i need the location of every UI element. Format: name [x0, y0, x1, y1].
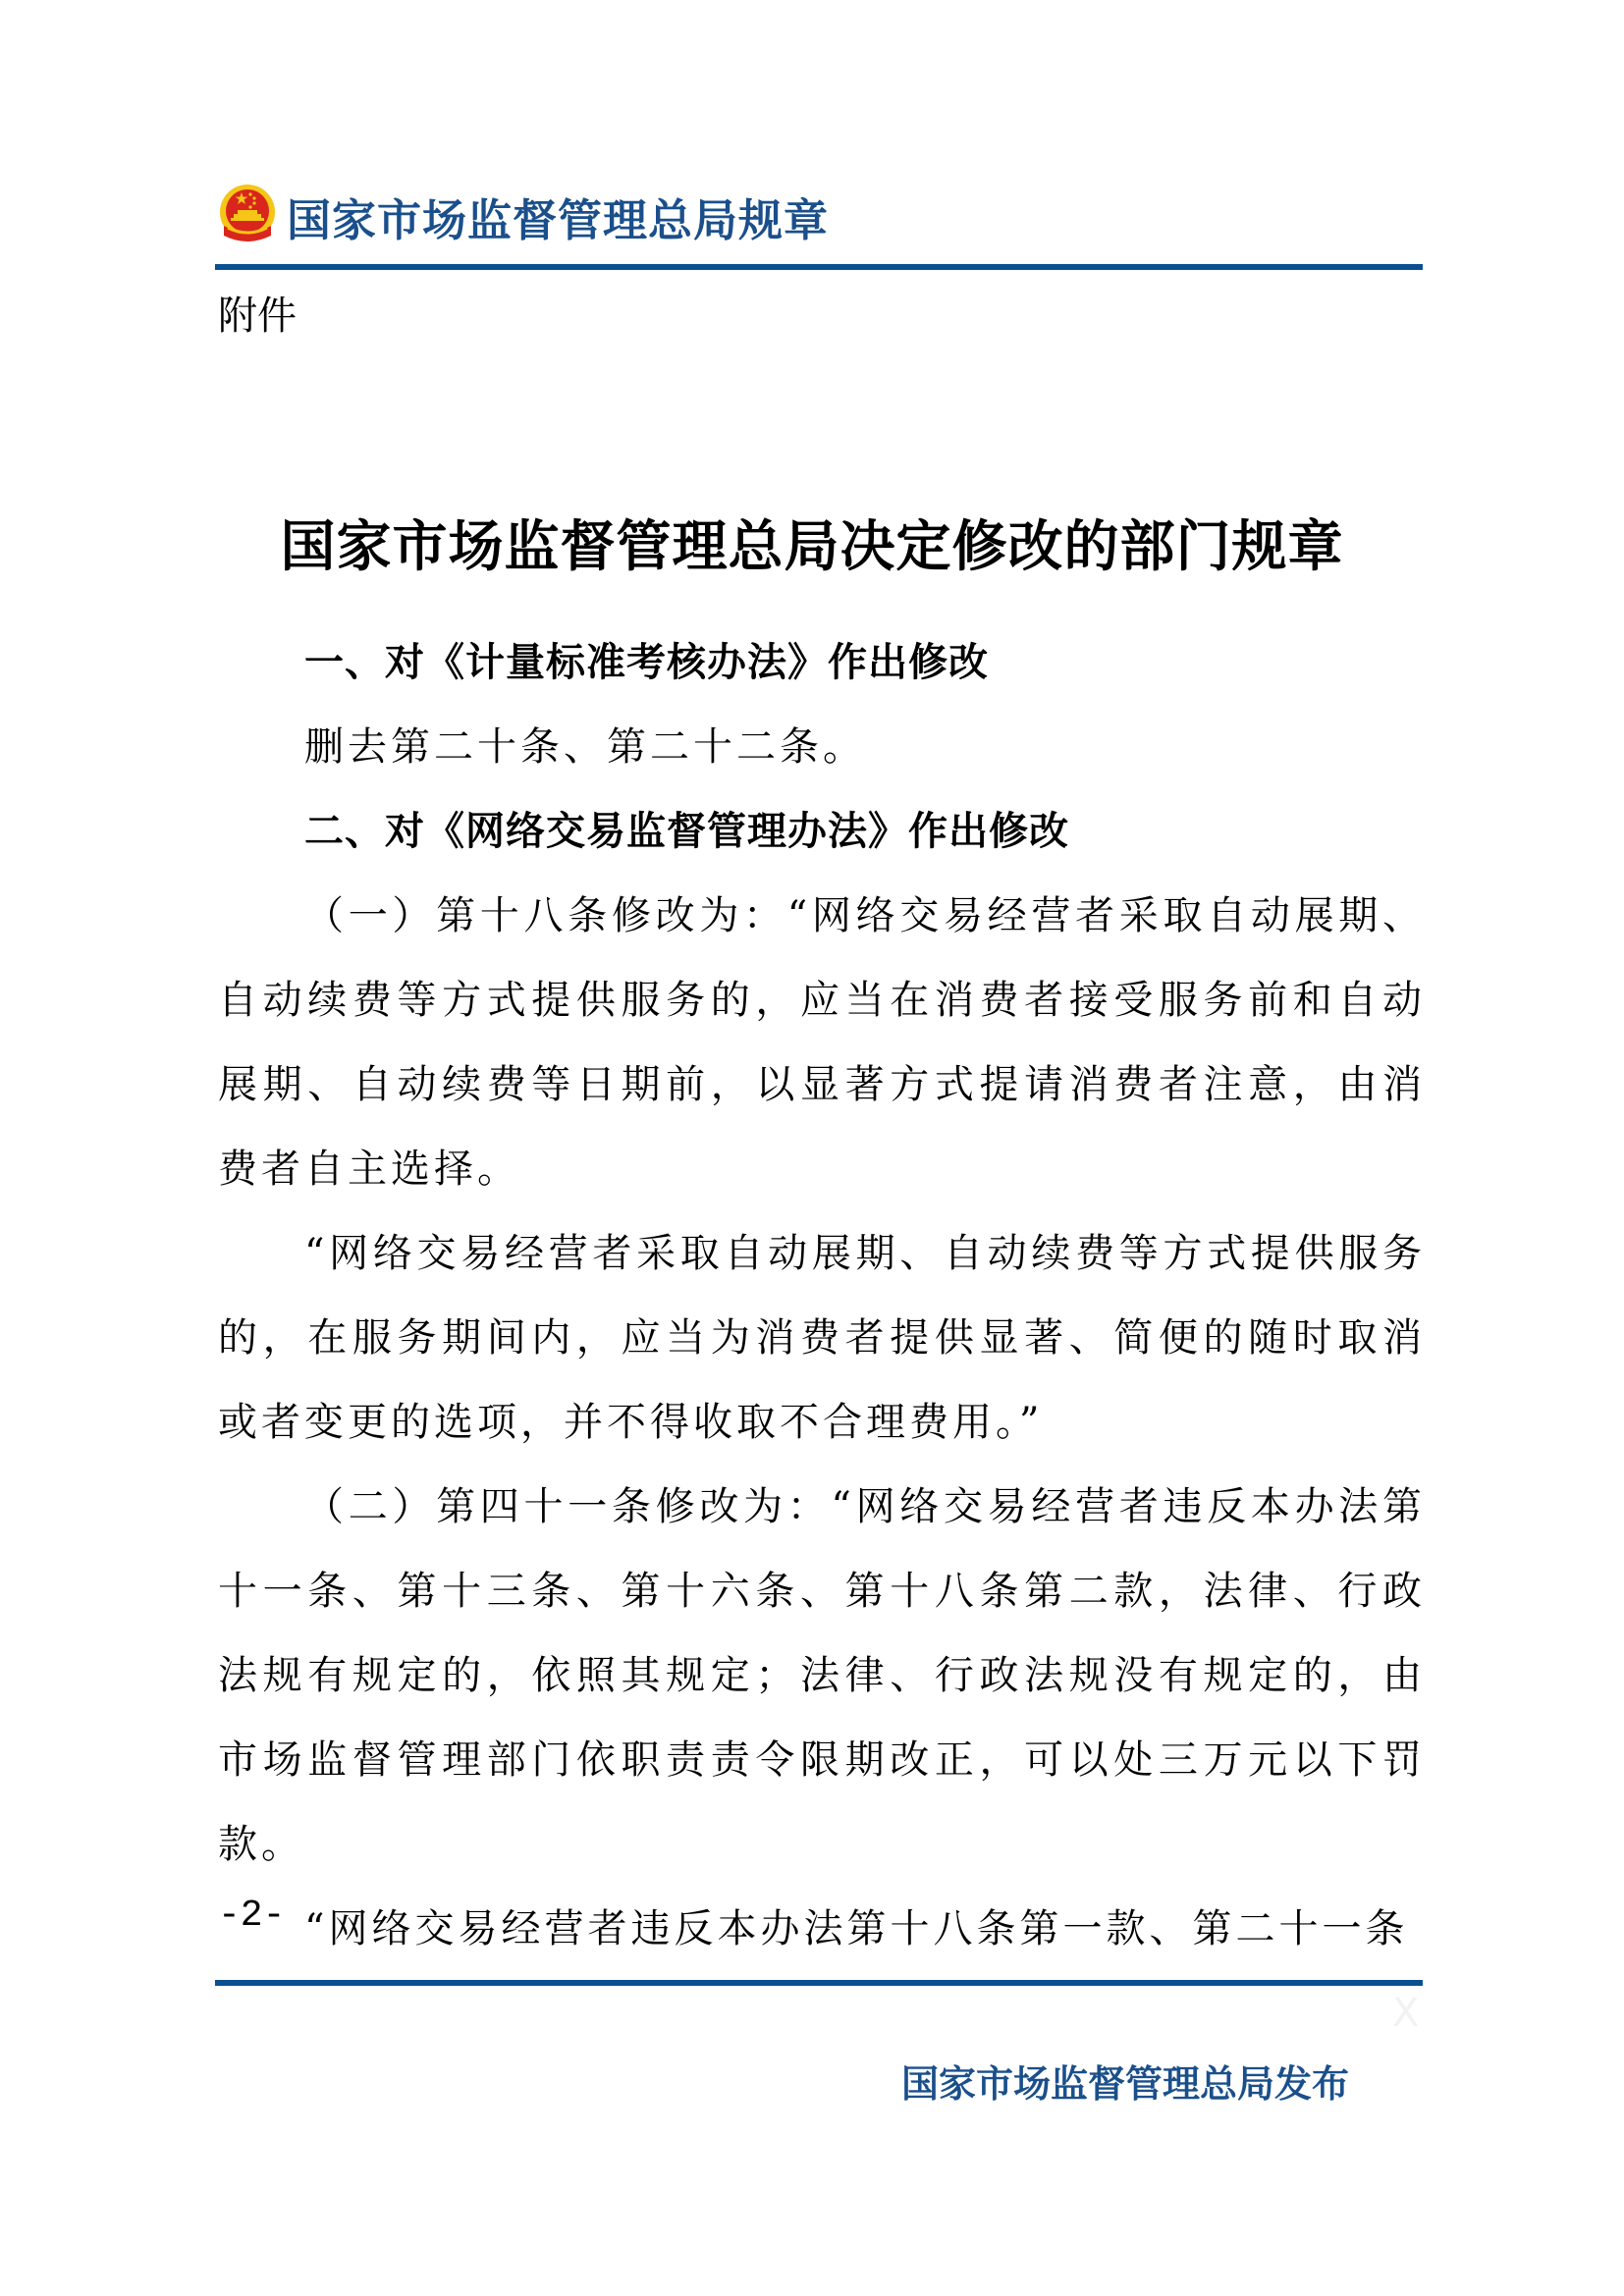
- section-2-paragraph-1: （一）第十八条修改为：“网络交易经营者采取自动展期、自动续费等方式提供服务的，应…: [218, 874, 1426, 1211]
- document-title: 国家市场监督管理总局决定修改的部门规章: [0, 504, 1624, 582]
- header-divider: [215, 264, 1423, 270]
- section-2-paragraph-4: “网络交易经营者违反本办法第十八条第一款、第二十一条: [218, 1887, 1426, 1971]
- section-heading-1: 一、对《计量标准考核办法》作出修改: [218, 620, 1426, 705]
- section-2-paragraph-2: “网络交易经营者采取自动展期、自动续费等方式提供服务的，在服务期间内，应当为消费…: [218, 1211, 1426, 1465]
- section-1-paragraph-1: 删去第二十条、第二十二条。: [218, 705, 1426, 789]
- page-number: -2-: [218, 1895, 285, 1937]
- section-2-paragraph-3: （二）第四十一条修改为：“网络交易经营者违反本办法第十一条、第十三条、第十六条、…: [218, 1465, 1426, 1887]
- national-emblem-icon: [218, 183, 277, 249]
- attachment-label: 附件: [218, 285, 297, 341]
- watermark-mark: X: [1392, 1991, 1419, 2036]
- document-body: 一、对《计量标准考核办法》作出修改 删去第二十条、第二十二条。 二、对《网络交易…: [218, 620, 1426, 1971]
- footer-publisher: 国家市场监督管理总局发布: [901, 2054, 1349, 2108]
- section-heading-2: 二、对《网络交易监督管理办法》作出修改: [218, 789, 1426, 874]
- brand-title: 国家市场监督管理总局规章: [287, 185, 829, 248]
- header-brand: 国家市场监督管理总局规章: [218, 179, 829, 253]
- footer-divider: [215, 1980, 1423, 1986]
